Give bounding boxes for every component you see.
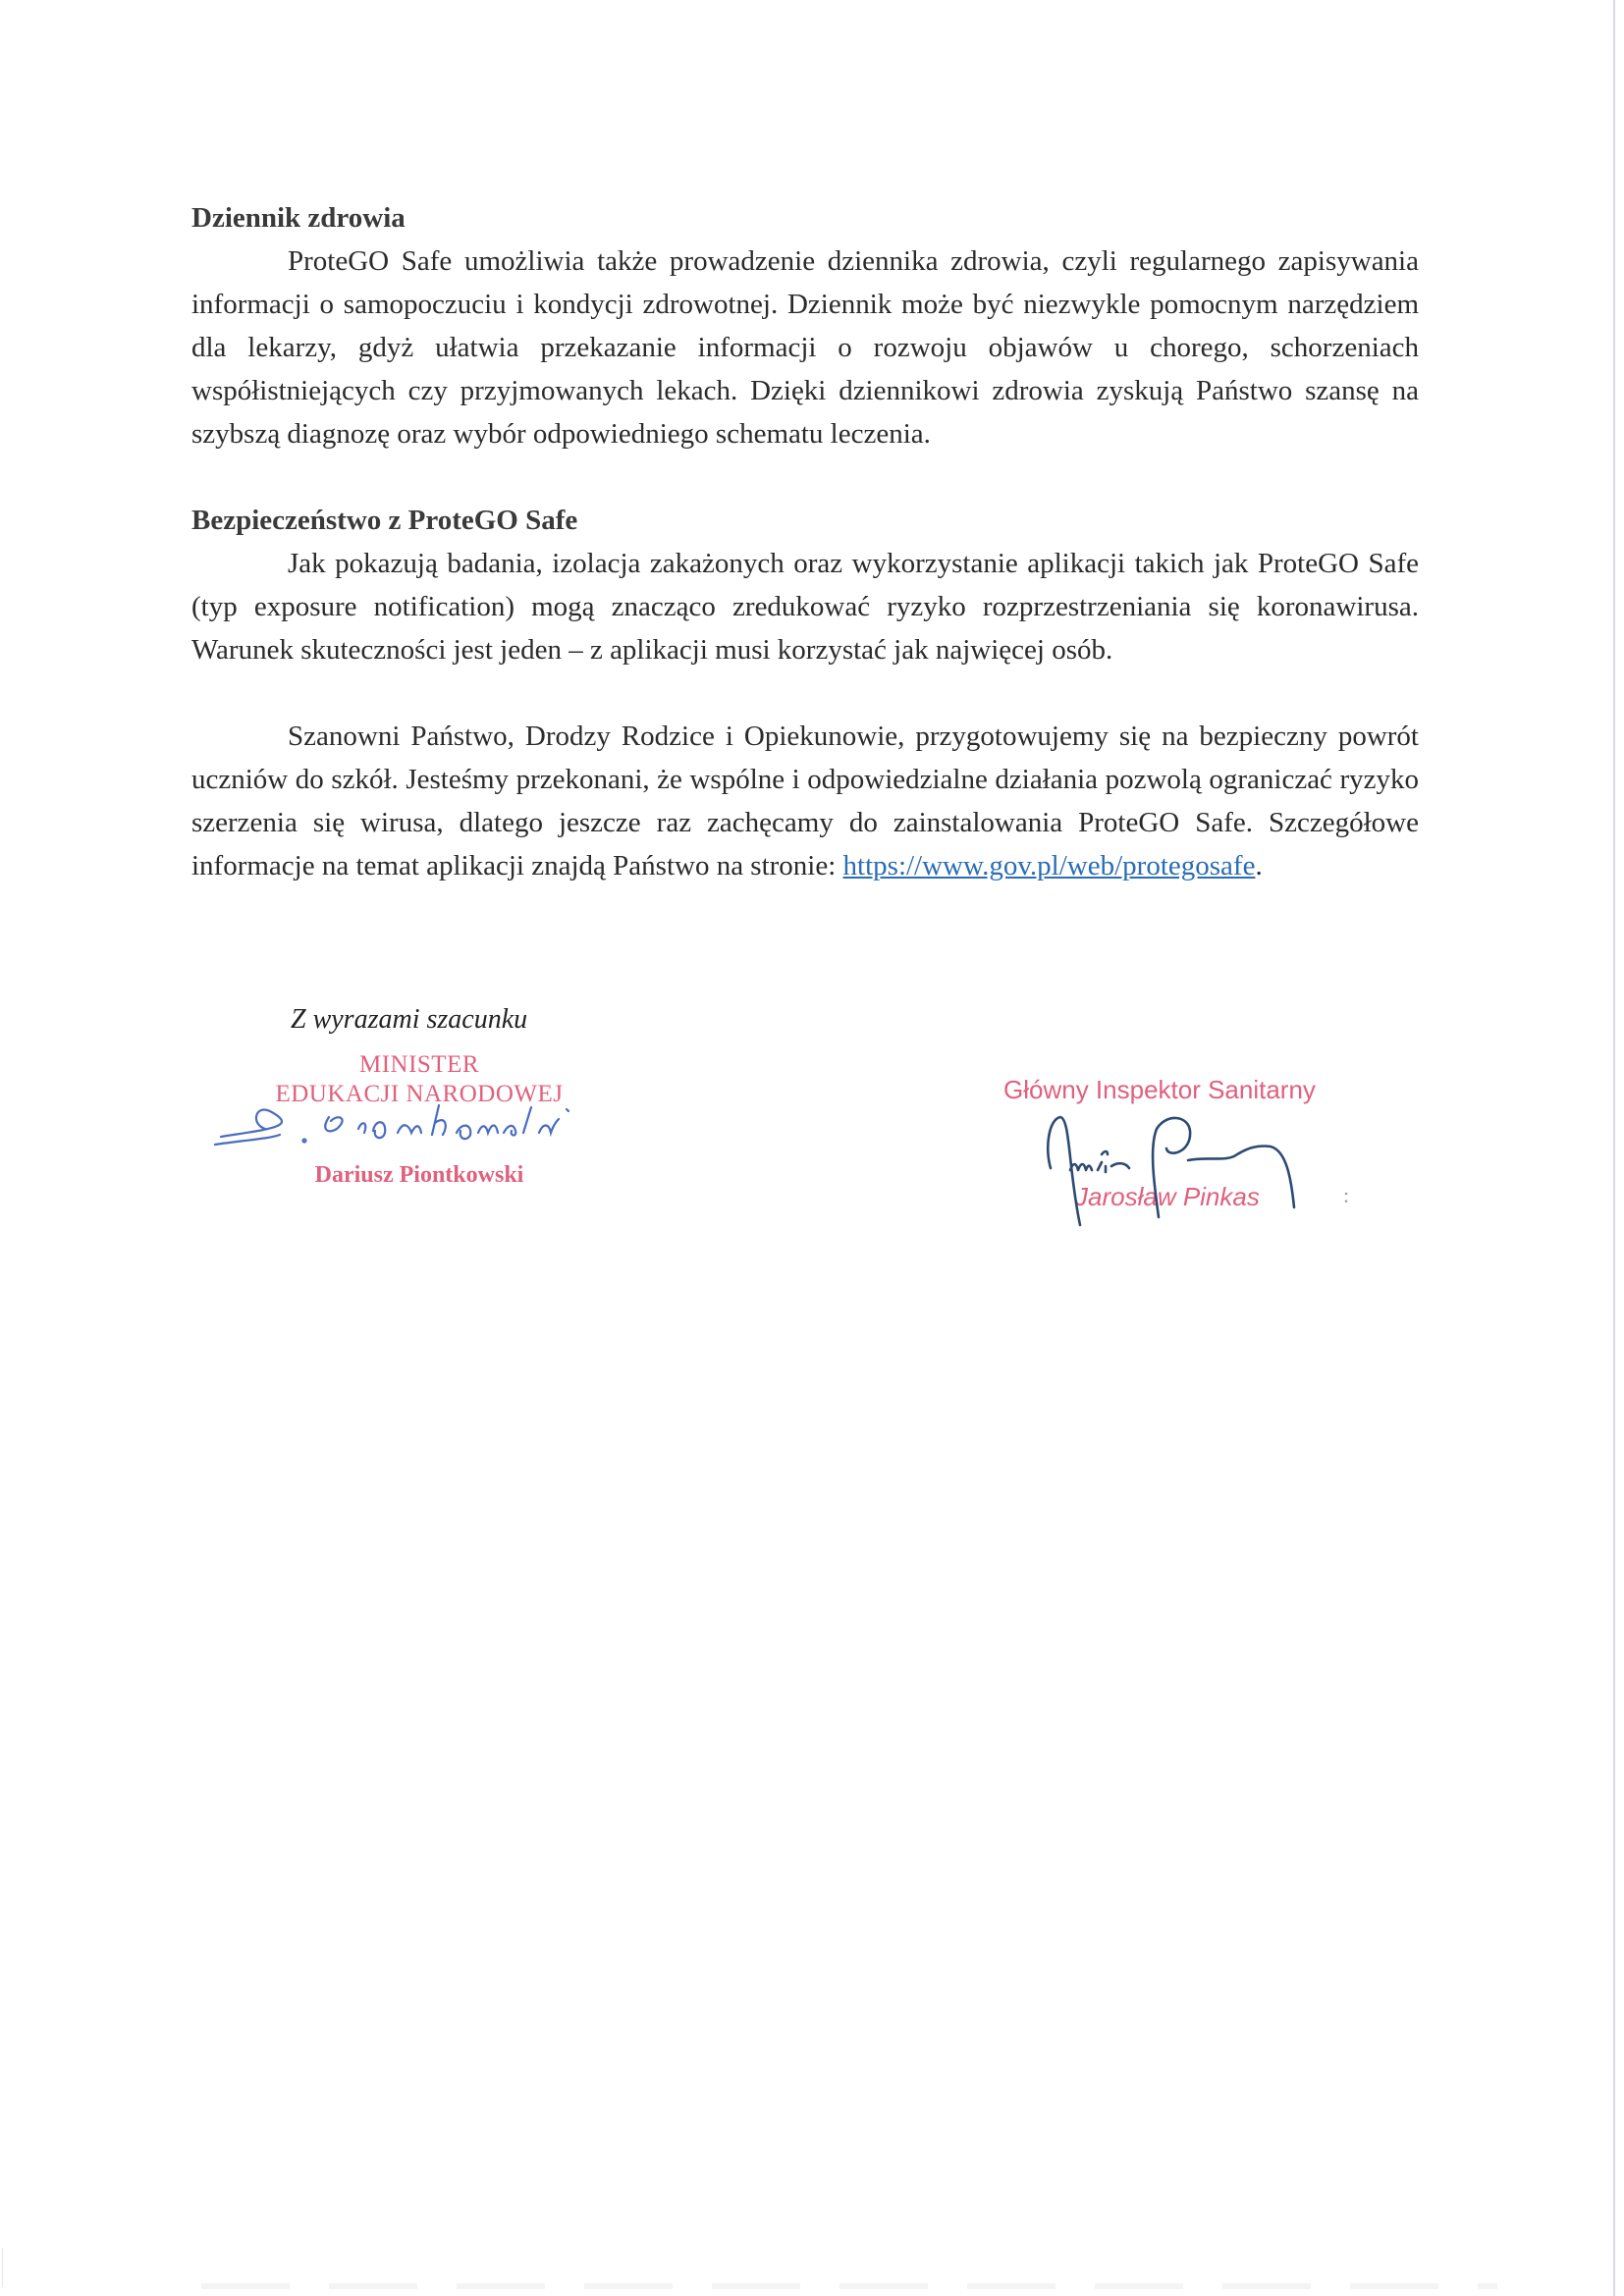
section-heading-safety: Bezpieczeństwo z ProteGO Safe [191, 499, 1419, 542]
protegosafe-link[interactable]: https://www.gov.pl/web/protegosafe [843, 850, 1256, 881]
signature-left-icon [211, 1099, 633, 1158]
closing-period: . [1255, 850, 1262, 881]
paragraph-health-diary: ProteGO Safe umożliwia także prowadzenie… [191, 240, 1419, 455]
letter-body: Dziennik zdrowia ProteGO Safe umożliwia … [191, 196, 1419, 887]
stamp-title-line1: MINISTER [257, 1050, 581, 1080]
chief-inspector-stamp-title: Główny Inspektor Sanitarny [1003, 1075, 1316, 1105]
section-heading-health-diary: Dziennik zdrowia [191, 196, 1419, 240]
paragraph-closing: Szanowni Państwo, Drodzy Rodzice i Opiek… [191, 715, 1419, 887]
stray-mark: : [1343, 1183, 1349, 1208]
paragraph-safety: Jak pokazują badania, izolacja zakażonyc… [191, 542, 1419, 671]
spacer [191, 455, 1419, 499]
spacer [191, 671, 1419, 715]
signature-right-icon [1041, 1109, 1355, 1227]
stamp-name: Dariusz Piontkowski [257, 1160, 581, 1190]
scan-edge-left [2, 2248, 3, 2287]
scan-edge [1613, 0, 1615, 2296]
closing-salutation: Z wyrazami szacunku [291, 1004, 527, 1036]
faded-footer [201, 2283, 1497, 2289]
